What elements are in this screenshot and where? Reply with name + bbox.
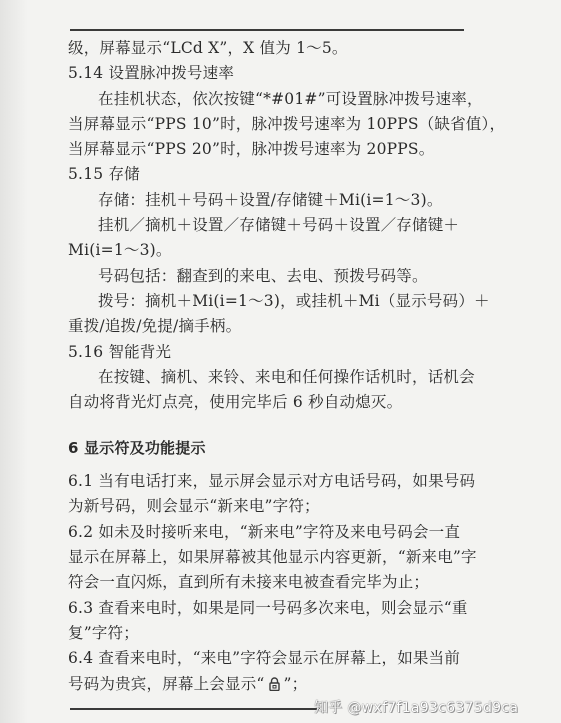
body-text-line: 挂机／摘机＋设置／存储键＋号码＋设置／存储键＋ xyxy=(98,214,459,236)
section-heading-5-15: 5.15 存储 xyxy=(68,163,140,185)
body-text-segment: 号码为贵宾，屏幕上会显示“ xyxy=(68,675,265,693)
body-text-line: 6.2 如未及时接听来电，“新来电”字符及来电号码会一直 xyxy=(68,521,460,543)
chapter-heading-6: 6 显示符及功能提示 xyxy=(68,437,206,459)
body-text-line-with-icon: 号码为贵宾，屏幕上会显示“”； xyxy=(68,673,307,695)
body-text-line: 当屏幕显示“PPS 20”时，脉冲拨号速率为 20PPS。 xyxy=(68,138,434,160)
body-text-line: 符会一直闪烁，直到所有未接来电被查看完毕为止； xyxy=(68,571,429,593)
watermark: 知乎 @wxf7f1a93c6375d9ca xyxy=(314,697,518,717)
body-text-line: 存储：挂机＋号码＋设置/存储键＋Mi(i=1～3)。 xyxy=(98,189,443,211)
top-rule xyxy=(70,29,464,31)
page-edge-shadow xyxy=(0,0,28,723)
body-text-line: 拨号：摘机＋Mi(i=1～3)，或挂机＋Mi（显示号码）＋ xyxy=(98,290,490,312)
body-text-line: 6.4 查看来电时，“来电”字符会显示在屏幕上，如果当前 xyxy=(68,647,460,669)
body-text-segment: ”； xyxy=(284,675,308,693)
body-text-line: 自动将背光灯点亮，使用完毕后 6 秒自动熄灭。 xyxy=(68,391,402,413)
section-heading-5-16: 5.16 智能背光 xyxy=(68,341,171,363)
body-text-line: 6.1 当有电话打来，显示屏会显示对方电话号码，如果号码 xyxy=(68,470,475,492)
body-text-line: 在按键、摘机、来铃、来电和任何操作话机时，话机会 xyxy=(98,366,475,388)
body-text-line: 级，屏幕显示“LCd X”，X 值为 1～5。 xyxy=(68,37,348,59)
body-text-line: 当屏幕显示“PPS 10”时，脉冲拨号速率为 10PPS（缺省值）， xyxy=(68,113,505,135)
body-text-line: 在挂机状态，依次按键“*#01#”可设置脉冲拨号速率， xyxy=(98,88,483,110)
body-text-line: 复”字符； xyxy=(68,622,139,644)
body-text-line: 重拨/追拨/免提/摘手柄。 xyxy=(68,315,241,337)
section-heading-5-14: 5.14 设置脉冲拨号速率 xyxy=(68,62,234,84)
body-text-line: 为新号码，则会显示“新来电”字符； xyxy=(68,495,320,517)
body-text-line: 显示在屏幕上，如果屏幕被其他显示内容更新，“新来电”字 xyxy=(68,546,477,568)
body-text-line: 6.3 查看来电时，如果是同一号码多次来电，则会显示“重 xyxy=(68,597,468,619)
lock-icon xyxy=(269,675,280,689)
body-text-line: 号码包括：翻查到的来电、去电、预拨号码等。 xyxy=(98,265,428,287)
bottom-rule xyxy=(70,708,320,710)
body-text-line: Mi(i=1～3)。 xyxy=(68,239,172,261)
